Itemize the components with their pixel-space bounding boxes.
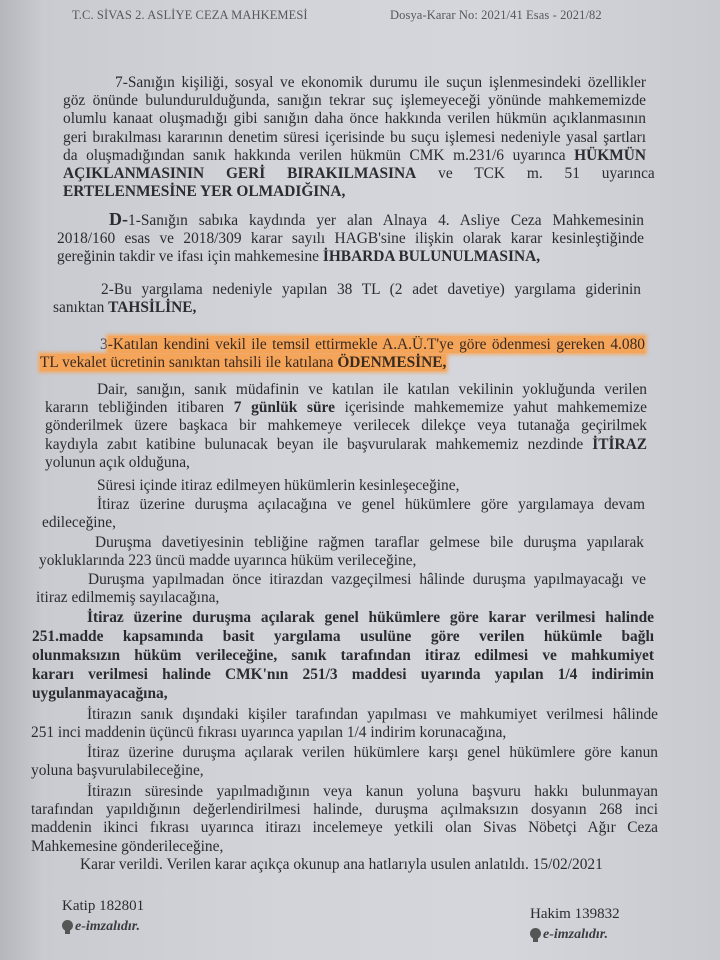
esign-text: e-imzalıdır. [75, 919, 140, 935]
text-line: İtiraz üzerine duruşma açılarak genel hü… [32, 608, 654, 627]
text-line: olumlu kanaat oluşmadığı gibi sanığın da… [63, 110, 646, 128]
text-line: edileceğine, [42, 514, 645, 532]
text-line: İtirazın süresinde yapılmadığının veya k… [31, 783, 658, 801]
text-line: yolunun açık olduğuna, [45, 454, 647, 472]
paragraph-d1: D-1-Sanığın sabıka kaydında yer alan Aln… [57, 210, 644, 267]
paragraph-s7: İtiraz üzerine duruşma açılarak verilen … [31, 744, 658, 780]
clerk-label: Katip 182801 [62, 898, 144, 915]
judge-esign: e-imzalıdır. [530, 927, 620, 943]
text-line: göz önünde bulundurulduğunda, sanığın te… [63, 92, 646, 110]
paragraph-final: Karar verildi. Verilen karar açıkça okun… [60, 856, 660, 874]
paragraph-7: 7-Sanığın kişiliği, sosyal ve ekonomik d… [63, 74, 646, 201]
text-line: 3-Katılan kendini vekil ile temsil ettir… [40, 336, 645, 354]
paragraph-s4: Duruşma yapılmadan önce itirazdan vazgeç… [36, 571, 646, 607]
clerk-esign: e-imzalıdır. [62, 919, 144, 935]
text-line: 251 inci maddenin üçüncü fıkrası uyarınc… [31, 724, 658, 742]
text-line: Duruşma yapılmadan önce itirazdan vazgeç… [36, 571, 646, 589]
text-line: tarafından yapıldığının değerlendirilmes… [31, 801, 658, 819]
text-line: gönderilmek üzere başkaca bir mahkemeye … [45, 417, 647, 435]
paragraph-d2: 2-Bu yargılama nedeniyle yapılan 38 TL (… [53, 281, 641, 317]
text-line: 251.madde kapsamında basit yargılama usu… [32, 627, 654, 646]
text-line: AÇIKLANMASININ GERİ BIRAKILMASINA ve TCK… [63, 165, 646, 183]
paragraph-s2: İtiraz üzerine duruşma açılacağına ve ge… [42, 496, 645, 532]
text-line: da oluşmadığından sanık hakkında verilen… [63, 147, 646, 165]
text-line: Süresi içinde itiraz edilmeyen hükümleri… [45, 477, 645, 495]
text-line: Duruşma davetiyesinin tebliğine rağmen t… [39, 534, 644, 552]
text-line: kararın tebliğinden itibaren 7 günlük sü… [45, 399, 647, 417]
text-line: 2-Bu yargılama nedeniyle yapılan 38 TL (… [53, 281, 641, 299]
text-line: İtiraz üzerine duruşma açılacağına ve ge… [42, 496, 645, 514]
seal-icon [530, 928, 541, 942]
seal-icon [62, 920, 73, 934]
paragraph-s3: Duruşma davetiyesinin tebliğine rağmen t… [39, 534, 644, 570]
text-line: olunmaksızın hüküm verileceğine, sanık t… [32, 646, 654, 665]
text-line: maddenin ikinci fıkrası uyarınca itirazı… [31, 819, 658, 837]
judge-signature: Hakim 139832 e-imzalıdır. [530, 906, 620, 943]
paragraph-s1: Süresi içinde itiraz edilmeyen hükümleri… [45, 477, 645, 495]
text-line: itiraz edilmemiş sayılacağına, [36, 589, 646, 607]
text-line: Dair, sanığın, sanık müdafinin ve katıla… [45, 381, 647, 399]
text-line: İtiraz üzerine duruşma açılarak verilen … [31, 744, 658, 762]
text-line: yoluna başvurulabileceğine, [31, 762, 658, 780]
text-line: yokluklarında 223 üncü madde uyarınca hü… [39, 552, 644, 570]
clerk-signature: Katip 182801 e-imzalıdır. [62, 898, 144, 935]
text-line: sanıktan TAHSİLİNE, [53, 299, 641, 317]
text-line: 2018/160 esas ve 2018/309 karar sayılı H… [57, 230, 644, 248]
paragraph-s6: İtirazın sanık dışındaki kişiler tarafın… [31, 706, 658, 742]
text-line: geri bırakılması kararının denetim süres… [63, 129, 646, 147]
court-name: T.C. SİVAS 2. ASLİYE CEZA MAHKEMESİ [72, 8, 308, 23]
paragraph-d3-highlighted: 3-Katılan kendini vekil ile temsil ettir… [40, 336, 645, 372]
judge-label: Hakim 139832 [530, 906, 620, 923]
paragraph-s8: İtirazın süresinde yapılmadığının veya k… [31, 783, 658, 856]
text-line: Mahkemesine gönderileceğine, [31, 838, 658, 856]
text-line: kaydıyla zabıt katibine bulunacak beyan … [45, 436, 647, 454]
text-line: D-1-Sanığın sabıka kaydında yer alan Aln… [57, 210, 644, 230]
text-line: TL vekalet ücretinin sanıktan tahsili il… [40, 354, 645, 372]
paragraph-s5: İtiraz üzerine duruşma açılarak genel hü… [32, 608, 654, 703]
court-decision-page: T.C. SİVAS 2. ASLİYE CEZA MAHKEMESİ Dosy… [0, 0, 720, 960]
text-line: ERTELENMESİNE YER OLMADIĞINA, [63, 183, 646, 201]
file-number: Dosya-Karar No: 2021/41 Esas - 2021/82 [390, 8, 602, 23]
paragraph-dair: Dair, sanığın, sanık müdafinin ve katıla… [45, 381, 647, 472]
text-line: gereğinin takdir ve ifası için mahkemesi… [57, 248, 644, 266]
text-line: uygulanmayacağına, [32, 684, 654, 703]
text-line: İtirazın sanık dışındaki kişiler tarafın… [31, 706, 658, 724]
text-line: 7-Sanığın kişiliği, sosyal ve ekonomik d… [63, 74, 646, 92]
esign-text: e-imzalıdır. [543, 927, 608, 943]
text-line: Karar verildi. Verilen karar açıkça okun… [60, 856, 660, 874]
text-line: kararı verilmesi halinde CMK'nın 251/3 m… [32, 665, 654, 684]
